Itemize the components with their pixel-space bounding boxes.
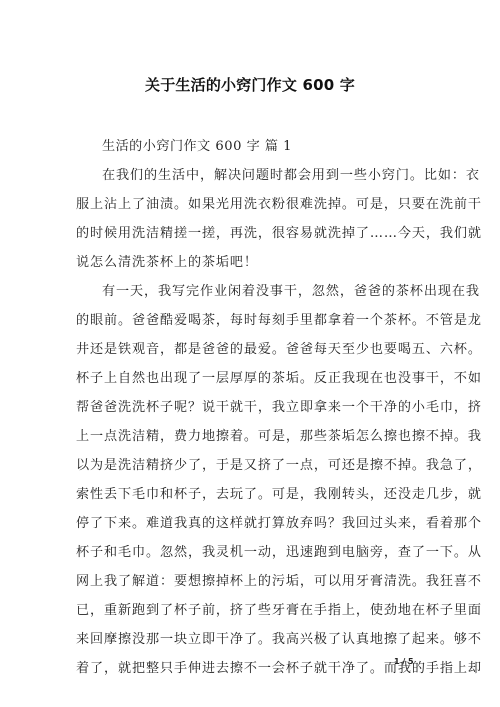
document-page: 关于生活的小窍门作文 600 字 生活的小窍门作文 600 字 篇 1 在我们的… xyxy=(0,0,500,707)
paragraph-line: 停了下来。难道我真的这样就打算放弃吗？我回过头来，看着那个 xyxy=(76,509,426,538)
paragraph-line: 杯子和毛巾。忽然，我灵机一动，迅速跑到电脑旁，查了一下。从 xyxy=(76,538,426,567)
document-body: 生活的小窍门作文 600 字 篇 1 在我们的生活中，解决问题时都会用到一些小窍… xyxy=(76,132,426,683)
paragraph-line: 上一点洗洁精，费力地擦着。可是，那些茶垢怎么擦也擦不掉。我 xyxy=(76,422,426,451)
paragraph-line: 服上沾上了油渍。如果光用洗衣粉很难洗掉。可是，只要在洗前干 xyxy=(76,190,426,219)
section-heading: 生活的小窍门作文 600 字 篇 1 xyxy=(76,132,426,161)
paragraph-line: 网上我了解道：要想擦掉杯上的污垢，可以用牙膏清洗。我狂喜不 xyxy=(76,567,426,596)
paragraph-line: 已，重新跑到了杯子前，挤了些牙膏在手指上，使劲地在杯子里面 xyxy=(76,596,426,625)
paragraph-line: 着了，就把整只手伸进去擦不一会杯子就干净了。而我的手指上却 xyxy=(76,654,426,683)
paragraph-line: 有一天，我写完作业闲着没事干，忽然，爸爸的茶杯出现在我 xyxy=(76,277,426,306)
paragraph-line: 帮爸爸洗洗杯子呢？说干就干，我立即拿来一个干净的小毛巾，挤 xyxy=(76,393,426,422)
page-indicator: 1 / 5 xyxy=(394,657,414,666)
paragraph-line: 杯子上自然也出现了一层厚厚的茶垢。反正我现在也没事干，不如 xyxy=(76,364,426,393)
paragraph-line: 的眼前。爸爸酷爱喝茶，每时每刻手里都拿着一个茶杯。不管是龙 xyxy=(76,306,426,335)
paragraph-line: 以为是洗洁精挤少了，于是又挤了一点，可还是擦不掉。我急了， xyxy=(76,451,426,480)
paragraph-line: 索性丢下毛巾和杯子，去玩了。可是，我刚转头，还没走几步，就 xyxy=(76,480,426,509)
paragraph-line: 的时候用洗洁精搓一搓，再洗，很容易就洗掉了……今天，我们就 xyxy=(76,219,426,248)
document-title: 关于生活的小窍门作文 600 字 xyxy=(0,74,500,95)
paragraph-line: 来回摩擦没那一块立即干净了。我高兴极了认真地擦了起来。够不 xyxy=(76,625,426,654)
paragraph-line: 说怎么清洗茶杯上的茶垢吧！ xyxy=(76,248,426,277)
paragraph-line: 在我们的生活中，解决问题时都会用到一些小窍门。比如：衣 xyxy=(76,161,426,190)
paragraph-line: 井还是铁观音，都是爸爸的最爱。爸爸每天至少也要喝五、六杯。 xyxy=(76,335,426,364)
